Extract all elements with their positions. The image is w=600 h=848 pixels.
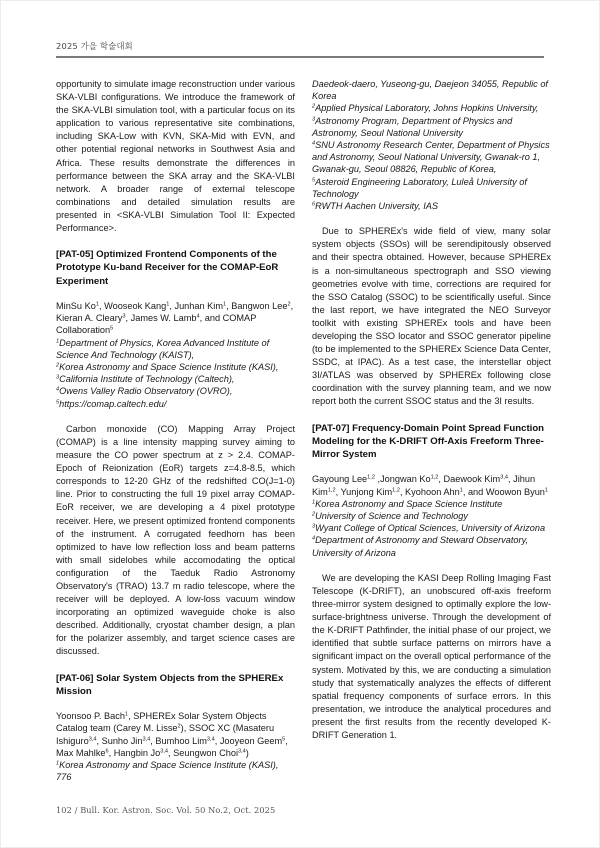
author-affiliation-marker: 2: [178, 724, 181, 730]
author-name: Yunjong Kim: [341, 487, 393, 497]
affiliation-item: 1Department of Physics, Korea Advanced I…: [56, 337, 295, 361]
author-name: Woowon Byun: [486, 487, 545, 497]
affiliation-item: 1Korea Astronomy and Space Science Insti…: [312, 498, 551, 510]
affiliation-item: 3Astronomy Program, Department of Physic…: [312, 115, 551, 139]
author-affiliation-marker: 3,4: [500, 475, 508, 481]
author-affiliation-marker: 3,4: [207, 736, 215, 742]
author-affiliation-marker: 1: [460, 487, 463, 493]
abstract-pat-06: [PAT-06] Solar System Objects from the S…: [56, 672, 295, 784]
author-name: Sunho Jin: [102, 736, 143, 746]
header-rule: [56, 56, 544, 58]
affiliation-text: SNU Astronomy Research Center, Departmen…: [312, 140, 550, 174]
author-affiliation-marker: 4: [197, 314, 200, 320]
author-name: Bumhoo Lim: [155, 736, 207, 746]
author-affiliation-marker: 1,2: [367, 475, 375, 481]
author-name: James W. Lamb: [131, 313, 197, 323]
author-affiliation-marker: 1: [545, 487, 548, 493]
author-name: Max Mahlke: [56, 748, 106, 758]
author-affiliation-marker: 3: [122, 314, 125, 320]
affiliation-item: 6RWTH Aachen University, IAS: [312, 200, 551, 212]
author-name: Daewook Kim: [444, 474, 501, 484]
author-affiliation-marker: 5: [282, 736, 285, 742]
author-name: MinSu Ko: [56, 301, 96, 311]
author-affiliation-marker: 3,4: [238, 748, 246, 754]
affiliation-item: 4SNU Astronomy Research Center, Departme…: [312, 139, 551, 176]
author-affiliation-marker: 6: [106, 748, 109, 754]
affiliation-list: 1Korea Astronomy and Space Science Insti…: [312, 498, 551, 559]
author-affiliation-marker: 3,4: [160, 748, 168, 754]
affiliation-item: 2Applied Physical Laboratory, Johns Hopk…: [312, 102, 551, 114]
affiliation-text: Wyant College of Optical Sciences, Unive…: [315, 523, 545, 533]
continued-abstract-paragraph: opportunity to simulate image reconstruc…: [56, 78, 295, 235]
abstract-body: Carbon monoxide (CO) Mapping Array Proje…: [56, 423, 295, 659]
abstract-pat-05: [PAT-05] Optimized Frontend Components o…: [56, 248, 295, 658]
author-affiliation-marker: 3,4: [89, 736, 97, 742]
affiliation-text: Applied Physical Laboratory, Johns Hopki…: [315, 103, 538, 113]
author-affiliation-marker: 5: [110, 326, 113, 332]
affiliation-continued: Daedeok-daero, Yuseong-gu, Daejeon 34055…: [312, 78, 551, 102]
author-affiliation-marker: 1: [166, 301, 169, 307]
author-name: Jooyeon Geem: [220, 736, 282, 746]
affiliation-item: 1Korea Astronomy and Space Science Insti…: [56, 759, 295, 783]
affiliation-text: Owens Valley Radio Observatory (OVRO),: [59, 386, 232, 396]
author-name: Jongwan Ko: [380, 474, 431, 484]
author-name: Junhan Kim: [174, 301, 223, 311]
affiliation-item: 4Owens Valley Radio Observatory (OVRO),: [56, 385, 295, 397]
author-name: Gayoung Lee: [312, 474, 367, 484]
right-column: Daedeok-daero, Yuseong-gu, Daejeon 34055…: [312, 78, 551, 742]
author-name: Yoonsoo P. Bach: [56, 711, 125, 721]
author-name: Kieran A. Cleary: [56, 313, 122, 323]
affiliation-text: California Institute of Technology (Calt…: [59, 374, 234, 384]
author-name: Hangbin Jo: [114, 748, 160, 758]
affiliation-item: 2Korea Astronomy and Space Science Insti…: [56, 361, 295, 373]
abstract-body: Due to SPHEREx's wide field of view, man…: [312, 225, 551, 408]
abstract-title: [PAT-05] Optimized Frontend Components o…: [56, 248, 295, 288]
author-name: Wooseok Kang: [104, 301, 166, 311]
author-affiliation-marker: 2: [287, 301, 290, 307]
affiliation-list: 2Applied Physical Laboratory, Johns Hopk…: [312, 102, 551, 212]
affiliation-text: University of Science and Technology: [315, 511, 468, 521]
affiliation-text: Department of Astronomy and Steward Obse…: [312, 535, 528, 557]
affiliation-text: Korea Astronomy and Space Science Instit…: [59, 362, 278, 372]
author-list: Yoonsoo P. Bach1, SPHEREx Solar System O…: [56, 710, 295, 759]
affiliation-text: RWTH Aachen University, IAS: [315, 201, 438, 211]
affiliation-text: Korea Astronomy and Space Science Instit…: [315, 499, 502, 509]
affiliation-item: 5Asteroid Engineering Laboratory, Luleå …: [312, 176, 551, 200]
author-name: Seungwon Choi: [173, 748, 238, 758]
author-name: Kyohoon Ahn: [405, 487, 460, 497]
abstract-title: [PAT-06] Solar System Objects from the S…: [56, 672, 295, 699]
left-column: opportunity to simulate image reconstruc…: [56, 78, 295, 783]
affiliation-item: 3California Institute of Technology (Cal…: [56, 373, 295, 385]
affiliation-text: Korea Astronomy and Space Science Instit…: [56, 760, 278, 782]
affiliation-item: 4Department of Astronomy and Steward Obs…: [312, 534, 551, 558]
running-header: 2025 가을 학술대회: [56, 40, 133, 52]
page-footer-citation: 102 / Bull. Kor. Astron. Soc. Vol. 50 No…: [56, 805, 275, 815]
affiliation-item: 3Wyant College of Optical Sciences, Univ…: [312, 522, 551, 534]
author-affiliation-marker: 1: [125, 712, 128, 718]
affiliation-text: https://comap.caltech.edu/: [59, 399, 166, 409]
abstract-body: We are developing the KASI Deep Rolling …: [312, 572, 551, 742]
author-affiliation-marker: 1,2: [328, 487, 336, 493]
author-affiliation-marker: 1: [96, 301, 99, 307]
author-affiliation-marker: 1,2: [431, 475, 439, 481]
author-affiliation-marker: 3,4: [142, 736, 150, 742]
abstract-pat-07: [PAT-07] Frequency-Domain Point Spread F…: [312, 422, 551, 743]
affiliation-text: Asteroid Engineering Laboratory, Luleå U…: [312, 177, 527, 199]
affiliation-item: 5https://comap.caltech.edu/: [56, 398, 295, 410]
affiliation-list: 1Department of Physics, Korea Advanced I…: [56, 337, 295, 410]
author-list: MinSu Ko1, Wooseok Kang1, Junhan Kim1, B…: [56, 300, 295, 337]
author-list: Gayoung Lee1,2 ,Jongwan Ko1,2, Daewook K…: [312, 473, 551, 497]
affiliation-text: Department of Physics, Korea Advanced In…: [56, 338, 269, 360]
affiliation-item: 2University of Science and Technology: [312, 510, 551, 522]
abstract-title: [PAT-07] Frequency-Domain Point Spread F…: [312, 422, 551, 462]
author-name: Bangwon Lee: [231, 301, 287, 311]
author-affiliation-marker: 1: [223, 301, 226, 307]
author-affiliation-marker: 1,2: [392, 487, 400, 493]
affiliation-text: Astronomy Program, Department of Physics…: [312, 116, 512, 138]
